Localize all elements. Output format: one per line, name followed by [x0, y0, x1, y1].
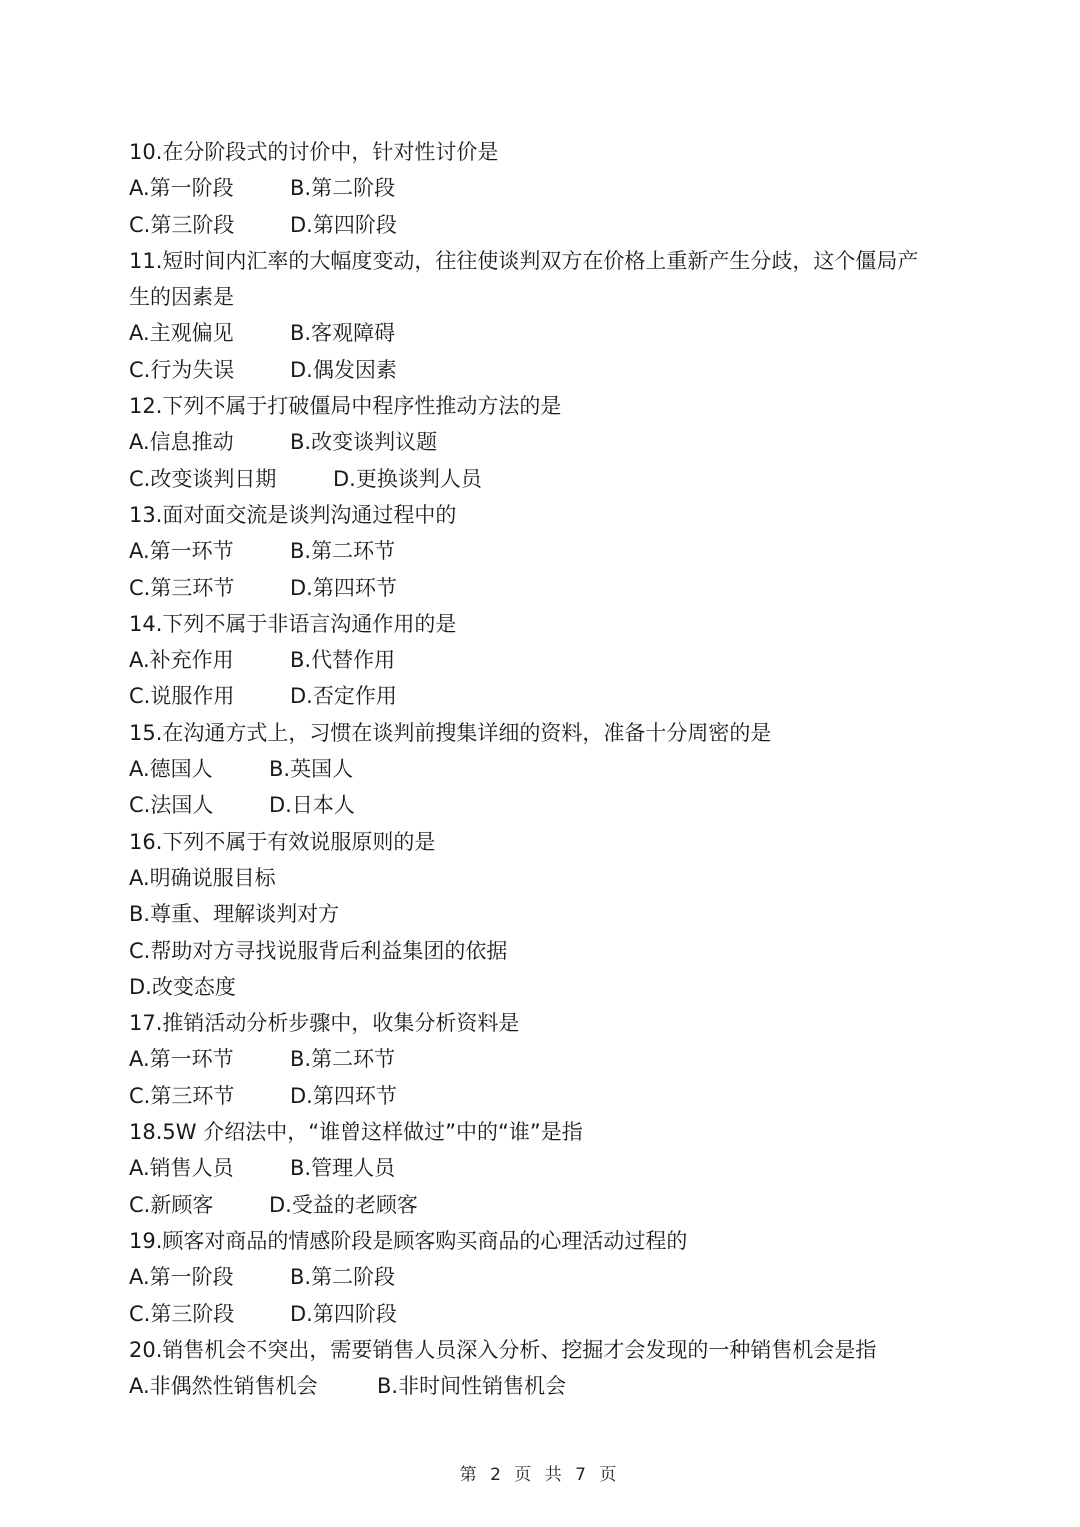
- answer-option: B.英国人: [269, 751, 353, 787]
- answer-option: A.主观偏见: [129, 315, 234, 351]
- question-stem: 15.在沟通方式上，习惯在谈判前搜集详细的资料，准备十分周密的是: [129, 715, 959, 751]
- option-row: C.行为失误D.偶发因素: [129, 352, 959, 388]
- question-15: 15.在沟通方式上，习惯在谈判前搜集详细的资料，准备十分周密的是A.德国人B.英…: [129, 715, 959, 824]
- answer-option: C.帮助对方寻找说服背后利益集团的依据: [129, 933, 507, 969]
- answer-option: B.第二阶段: [290, 1259, 395, 1295]
- answer-option: D.偶发因素: [290, 352, 397, 388]
- option-row: A.补充作用B.代替作用: [129, 642, 959, 678]
- question-16: 16.下列不属于有效说服原则的是A.明确说服目标B.尊重、理解谈判对方C.帮助对…: [129, 824, 959, 1005]
- answer-option: D.改变态度: [129, 969, 236, 1005]
- question-11: 11.短时间内汇率的大幅度变动，往往使谈判双方在价格上重新产生分歧，这个僵局产生…: [129, 243, 959, 388]
- question-list: 10.在分阶段式的讨价中，针对性讨价是A.第一阶段B.第二阶段C.第三阶段D.第…: [129, 134, 959, 1404]
- question-stem: 14.下列不属于非语言沟通作用的是: [129, 606, 959, 642]
- option-row: C.第三阶段D.第四阶段: [129, 207, 959, 243]
- question-stem: 18.5W 介绍法中，“谁曾这样做过”中的“谁”是指: [129, 1114, 959, 1150]
- answer-option: C.第三阶段: [129, 207, 234, 243]
- answer-option: A.补充作用: [129, 642, 234, 678]
- question-14: 14.下列不属于非语言沟通作用的是A.补充作用B.代替作用C.说服作用D.否定作…: [129, 606, 959, 715]
- answer-option: C.说服作用: [129, 678, 234, 714]
- answer-option: A.德国人: [129, 751, 213, 787]
- answer-option: C.法国人: [129, 787, 213, 823]
- answer-option: D.第四阶段: [290, 1296, 397, 1332]
- option-row: D.改变态度: [129, 969, 959, 1005]
- answer-option: B.第二阶段: [290, 170, 395, 206]
- question-19: 19.顾客对商品的情感阶段是顾客购买商品的心理活动过程的A.第一阶段B.第二阶段…: [129, 1223, 959, 1332]
- option-row: A.第一环节B.第二环节: [129, 1041, 959, 1077]
- question-18: 18.5W 介绍法中，“谁曾这样做过”中的“谁”是指A.销售人员B.管理人员C.…: [129, 1114, 959, 1223]
- answer-option: D.更换谈判人员: [333, 461, 482, 497]
- question-stem: 12.下列不属于打破僵局中程序性推动方法的是: [129, 388, 959, 424]
- option-row: A.非偶然性销售机会B.非时间性销售机会: [129, 1368, 959, 1404]
- option-row: C.第三环节D.第四环节: [129, 1078, 959, 1114]
- answer-option: D.第四环节: [290, 570, 397, 606]
- question-stem: 16.下列不属于有效说服原则的是: [129, 824, 959, 860]
- answer-option: C.第三环节: [129, 570, 234, 606]
- question-20: 20.销售机会不突出，需要销售人员深入分析、挖掘才会发现的一种销售机会是指A.非…: [129, 1332, 959, 1405]
- answer-option: B.非时间性销售机会: [377, 1368, 566, 1404]
- question-stem: 11.短时间内汇率的大幅度变动，往往使谈判双方在价格上重新产生分歧，这个僵局产: [129, 243, 959, 279]
- answer-option: C.第三阶段: [129, 1296, 234, 1332]
- answer-option: A.第一阶段: [129, 170, 234, 206]
- option-row: A.主观偏见B.客观障碍: [129, 315, 959, 351]
- question-13: 13.面对面交流是谈判沟通过程中的A.第一环节B.第二环节C.第三环节D.第四环…: [129, 497, 959, 606]
- answer-option: D.受益的老顾客: [269, 1187, 418, 1223]
- answer-option: B.客观障碍: [290, 315, 395, 351]
- question-stem: 13.面对面交流是谈判沟通过程中的: [129, 497, 959, 533]
- answer-option: B.尊重、理解谈判对方: [129, 896, 339, 932]
- answer-option: A.信息推动: [129, 424, 234, 460]
- answer-option: B.第二环节: [290, 533, 395, 569]
- option-row: C.说服作用D.否定作用: [129, 678, 959, 714]
- answer-option: C.第三环节: [129, 1078, 234, 1114]
- option-row: C.新顾客D.受益的老顾客: [129, 1187, 959, 1223]
- answer-option: B.管理人员: [290, 1150, 395, 1186]
- question-10: 10.在分阶段式的讨价中，针对性讨价是A.第一阶段B.第二阶段C.第三阶段D.第…: [129, 134, 959, 243]
- option-row: A.德国人B.英国人: [129, 751, 959, 787]
- option-row: C.法国人D.日本人: [129, 787, 959, 823]
- option-row: C.第三阶段D.第四阶段: [129, 1296, 959, 1332]
- option-row: A.第一阶段B.第二阶段: [129, 1259, 959, 1295]
- answer-option: A.明确说服目标: [129, 860, 276, 896]
- option-row: C.第三环节D.第四环节: [129, 570, 959, 606]
- answer-option: B.改变谈判议题: [290, 424, 437, 460]
- option-row: A.明确说服目标: [129, 860, 959, 896]
- answer-option: D.日本人: [269, 787, 355, 823]
- answer-option: C.行为失误: [129, 352, 234, 388]
- answer-option: D.第四阶段: [290, 207, 397, 243]
- question-stem: 10.在分阶段式的讨价中，针对性讨价是: [129, 134, 959, 170]
- page-number-footer: 第 2 页 共 7 页: [0, 1460, 1080, 1485]
- option-row: A.第一环节B.第二环节: [129, 533, 959, 569]
- answer-option: A.销售人员: [129, 1150, 234, 1186]
- question-stem: 17.推销活动分析步骤中，收集分析资料是: [129, 1005, 959, 1041]
- answer-option: C.新顾客: [129, 1187, 213, 1223]
- answer-option: D.否定作用: [290, 678, 397, 714]
- question-stem: 生的因素是: [129, 279, 959, 315]
- answer-option: A.第一环节: [129, 533, 234, 569]
- answer-option: D.第四环节: [290, 1078, 397, 1114]
- option-row: C.帮助对方寻找说服背后利益集团的依据: [129, 933, 959, 969]
- option-row: C.改变谈判日期D.更换谈判人员: [129, 461, 959, 497]
- answer-option: B.第二环节: [290, 1041, 395, 1077]
- option-row: B.尊重、理解谈判对方: [129, 896, 959, 932]
- question-stem: 20.销售机会不突出，需要销售人员深入分析、挖掘才会发现的一种销售机会是指: [129, 1332, 959, 1368]
- option-row: A.信息推动B.改变谈判议题: [129, 424, 959, 460]
- option-row: A.销售人员B.管理人员: [129, 1150, 959, 1186]
- answer-option: B.代替作用: [290, 642, 395, 678]
- question-12: 12.下列不属于打破僵局中程序性推动方法的是A.信息推动B.改变谈判议题C.改变…: [129, 388, 959, 497]
- answer-option: A.非偶然性销售机会: [129, 1368, 318, 1404]
- option-row: A.第一阶段B.第二阶段: [129, 170, 959, 206]
- answer-option: A.第一环节: [129, 1041, 234, 1077]
- question-17: 17.推销活动分析步骤中，收集分析资料是A.第一环节B.第二环节C.第三环节D.…: [129, 1005, 959, 1114]
- exam-page: 10.在分阶段式的讨价中，针对性讨价是A.第一阶段B.第二阶段C.第三阶段D.第…: [0, 0, 1080, 1527]
- answer-option: C.改变谈判日期: [129, 461, 276, 497]
- question-stem: 19.顾客对商品的情感阶段是顾客购买商品的心理活动过程的: [129, 1223, 959, 1259]
- answer-option: A.第一阶段: [129, 1259, 234, 1295]
